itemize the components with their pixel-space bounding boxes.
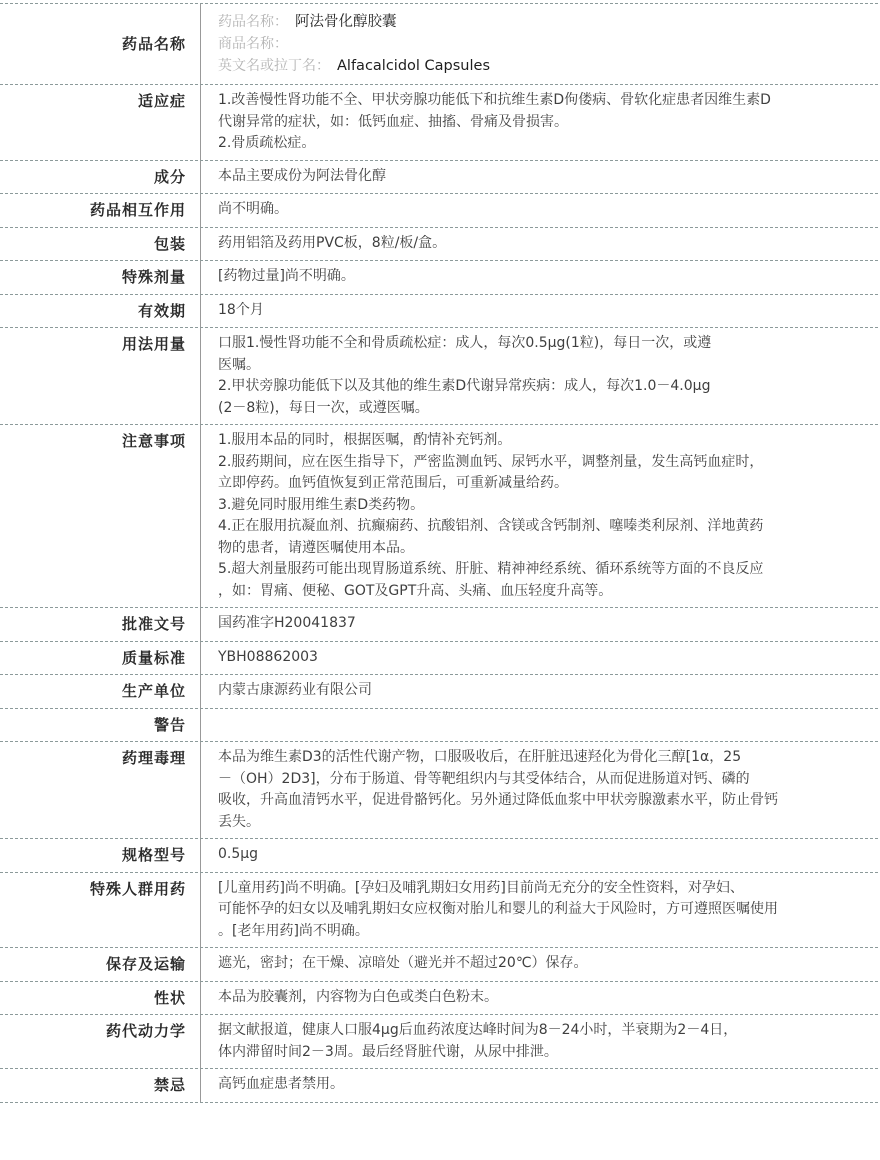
- row-label: 生产单位: [0, 675, 201, 708]
- table-row: 警告: [0, 709, 878, 743]
- row-content: 本品主要成份为阿法骨化醇: [201, 161, 878, 194]
- row-content: [儿童用药]尚不明确。[孕妇及哺乳期妇女用药]目前尚无充分的安全性资料，对孕妇、…: [201, 873, 878, 948]
- row-content: 药品名称：阿法骨化醇胶囊商品名称：英文名或拉丁名：Alfacalcidol Ca…: [201, 4, 878, 84]
- row-content: 1.改善慢性肾功能不全、甲状旁腺功能低下和抗维生素D佝偻病、骨软化症患者因维生素…: [201, 85, 878, 160]
- drug-info-table: 药品名称药品名称：阿法骨化醇胶囊商品名称：英文名或拉丁名：Alfacalcido…: [0, 3, 878, 1103]
- row-label: 有效期: [0, 295, 201, 328]
- table-row: 生产单位内蒙古康源药业有限公司: [0, 675, 878, 709]
- row-content: 口服1.慢性肾功能不全和骨质疏松症：成人，每次0.5μg(1粒)，每日一次，或遵…: [201, 328, 878, 424]
- table-row: 药品名称药品名称：阿法骨化醇胶囊商品名称：英文名或拉丁名：Alfacalcido…: [0, 4, 878, 85]
- name-field-line: 英文名或拉丁名：Alfacalcidol Capsules: [218, 55, 866, 77]
- table-row: 药代动力学据文献报道，健康人口服4μg后血药浓度达峰时间为8－24小时，半衰期为…: [0, 1015, 878, 1069]
- row-label: 特殊人群用药: [0, 873, 201, 948]
- row-label: 药理毒理: [0, 742, 201, 838]
- table-row: 质量标准YBH08862003: [0, 642, 878, 676]
- table-row: 成分本品主要成份为阿法骨化醇: [0, 161, 878, 195]
- row-label: 特殊剂量: [0, 261, 201, 294]
- row-label: 注意事项: [0, 425, 201, 607]
- table-row: 有效期18个月: [0, 295, 878, 329]
- table-row: 性状本品为胶囊剂，内容物为白色或类白色粉末。: [0, 982, 878, 1016]
- row-label: 包装: [0, 228, 201, 261]
- name-field-value: 阿法骨化醇胶囊: [295, 14, 397, 30]
- table-row: 规格型号0.5μg: [0, 839, 878, 873]
- row-content: 本品为胶囊剂，内容物为白色或类白色粉末。: [201, 982, 878, 1015]
- row-label: 药品相互作用: [0, 194, 201, 227]
- table-row: 特殊人群用药[儿童用药]尚不明确。[孕妇及哺乳期妇女用药]目前尚无充分的安全性资…: [0, 873, 878, 949]
- table-row: 适应症1.改善慢性肾功能不全、甲状旁腺功能低下和抗维生素D佝偻病、骨软化症患者因…: [0, 85, 878, 161]
- name-field-value: Alfacalcidol Capsules: [337, 58, 490, 74]
- table-row: 包装药用铝箔及药用PVC板，8粒/板/盒。: [0, 228, 878, 262]
- name-field-line: 商品名称：: [218, 33, 866, 55]
- table-row: 保存及运输遮光，密封；在干燥、凉暗处（避光并不超过20℃）保存。: [0, 948, 878, 982]
- row-label: 适应症: [0, 85, 201, 160]
- row-label: 成分: [0, 161, 201, 194]
- row-content: 18个月: [201, 295, 878, 328]
- table-row: 特殊剂量[药物过量]尚不明确。: [0, 261, 878, 295]
- row-content: 内蒙古康源药业有限公司: [201, 675, 878, 708]
- table-row: 药理毒理本品为维生素D3的活性代谢产物，口服吸收后，在肝脏迅速羟化为骨化三醇[1…: [0, 742, 878, 839]
- table-row: 用法用量口服1.慢性肾功能不全和骨质疏松症：成人，每次0.5μg(1粒)，每日一…: [0, 328, 878, 425]
- row-label: 规格型号: [0, 839, 201, 872]
- name-field-label: 药品名称：: [218, 14, 295, 30]
- row-label: 警告: [0, 709, 201, 742]
- name-field-label: 英文名或拉丁名：: [218, 58, 337, 74]
- row-label: 性状: [0, 982, 201, 1015]
- row-content: 遮光，密封；在干燥、凉暗处（避光并不超过20℃）保存。: [201, 948, 878, 981]
- row-content: YBH08862003: [201, 642, 878, 675]
- row-content: 国药准字H20041837: [201, 608, 878, 641]
- row-label: 保存及运输: [0, 948, 201, 981]
- name-field-line: 药品名称：阿法骨化醇胶囊: [218, 11, 866, 33]
- row-label: 药品名称: [0, 4, 201, 84]
- row-label: 质量标准: [0, 642, 201, 675]
- row-label: 药代动力学: [0, 1015, 201, 1068]
- row-content: [药物过量]尚不明确。: [201, 261, 878, 294]
- row-content: 本品为维生素D3的活性代谢产物，口服吸收后，在肝脏迅速羟化为骨化三醇[1α，25…: [201, 742, 878, 838]
- row-content: 据文献报道，健康人口服4μg后血药浓度达峰时间为8－24小时，半衰期为2－4日，…: [201, 1015, 878, 1068]
- row-content: 高钙血症患者禁用。: [201, 1069, 878, 1102]
- row-content: 0.5μg: [201, 839, 878, 872]
- table-row: 注意事项1.服用本品的同时，根据医嘱，酌情补充钙剂。 2.服药期间，应在医生指导…: [0, 425, 878, 608]
- row-label: 批准文号: [0, 608, 201, 641]
- name-field-label: 商品名称：: [218, 36, 295, 52]
- row-label: 禁忌: [0, 1069, 201, 1102]
- row-content: [201, 709, 878, 742]
- row-content: 药用铝箔及药用PVC板，8粒/板/盒。: [201, 228, 878, 261]
- row-content: 1.服用本品的同时，根据医嘱，酌情补充钙剂。 2.服药期间，应在医生指导下，严密…: [201, 425, 878, 607]
- table-row: 药品相互作用尚不明确。: [0, 194, 878, 228]
- table-row: 批准文号国药准字H20041837: [0, 608, 878, 642]
- row-content: 尚不明确。: [201, 194, 878, 227]
- table-row: 禁忌高钙血症患者禁用。: [0, 1069, 878, 1103]
- row-label: 用法用量: [0, 328, 201, 424]
